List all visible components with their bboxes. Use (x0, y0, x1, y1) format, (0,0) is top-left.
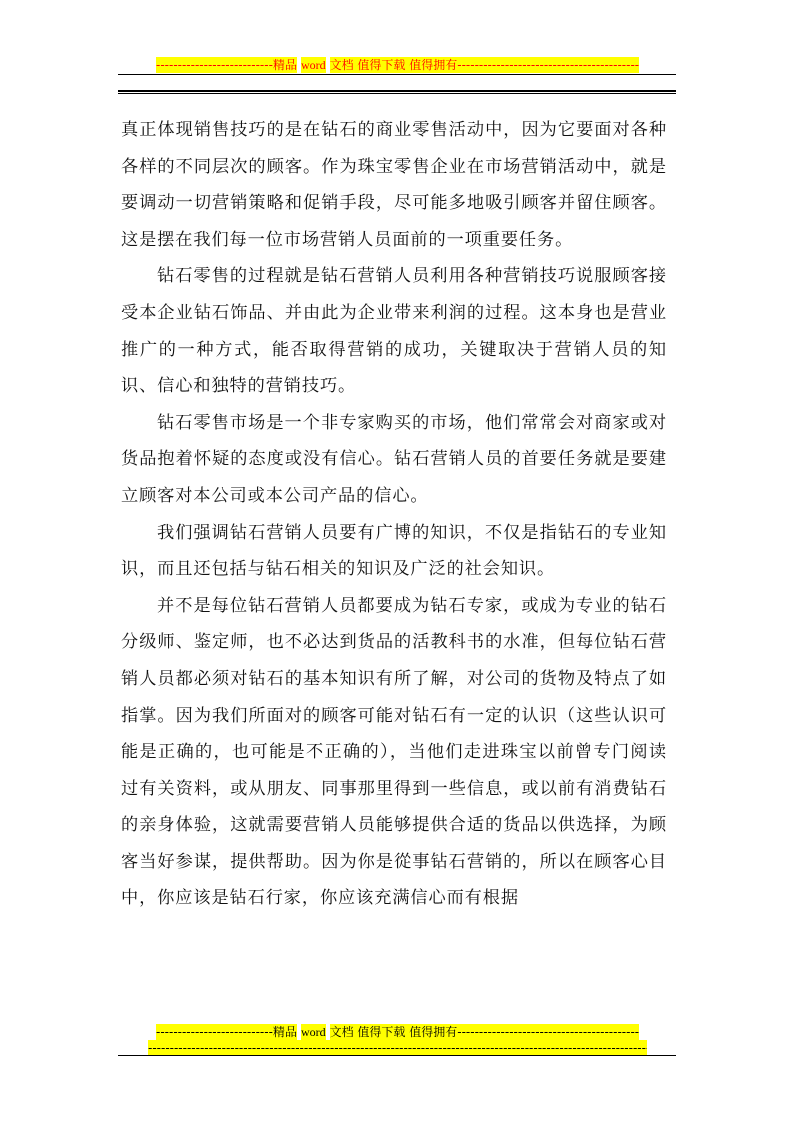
paragraph-2: 钻石零售的过程就是钻石营销人员利用各种营销技巧说服顾客接受本企业钻石饰品、并由此… (121, 258, 667, 404)
footer-banner-prefix: --------------------------- (156, 1025, 273, 1039)
paragraph-3: 钻石零售市场是一个非专家购买的市场，他们常常会对商家或对货品抱着怀疑的态度或没有… (121, 405, 667, 515)
footer-banner: ---------------------------精品word文档 值得下载… (156, 1024, 639, 1040)
header-double-rule-bottom (118, 93, 676, 94)
footer-banner-suffix: ----------------------------------------… (457, 1025, 639, 1039)
header-banner-word: word (301, 58, 326, 72)
footer-rule (118, 1055, 676, 1056)
footer-banner-word: word (301, 1025, 326, 1039)
header-banner-title-1: 精品 (273, 58, 297, 72)
paragraph-4: 我们强调钻石营销人员要有广博的知识，不仅是指钻石的专业知识，而且还包括与钻石相关… (121, 515, 667, 588)
header-banner: ---------------------------精品word文档 值得下载… (156, 57, 639, 73)
footer-banner-title-1: 精品 (273, 1025, 297, 1039)
header-double-rule-top (118, 90, 676, 92)
footer-dash-line: ----------------------------------------… (148, 1040, 647, 1056)
header-rule (118, 74, 676, 75)
header-banner-suffix: ----------------------------------------… (457, 58, 639, 72)
header-banner-title-2: 文档 值得下载 值得拥有 (330, 58, 458, 72)
paragraph-1: 真正体现销售技巧的是在钻石的商业零售活动中，因为它要面对各种各样的不同层次的顾客… (121, 112, 667, 258)
document-body: 真正体现销售技巧的是在钻石的商业零售活动中，因为它要面对各种各样的不同层次的顾客… (121, 112, 667, 917)
header-banner-prefix: --------------------------- (156, 58, 273, 72)
paragraph-5: 并不是每位钻石营销人员都要成为钻石专家，或成为专业的钻石分级师、鉴定师，也不必达… (121, 588, 667, 917)
footer-banner-title-2: 文档 值得下载 值得拥有 (330, 1025, 458, 1039)
